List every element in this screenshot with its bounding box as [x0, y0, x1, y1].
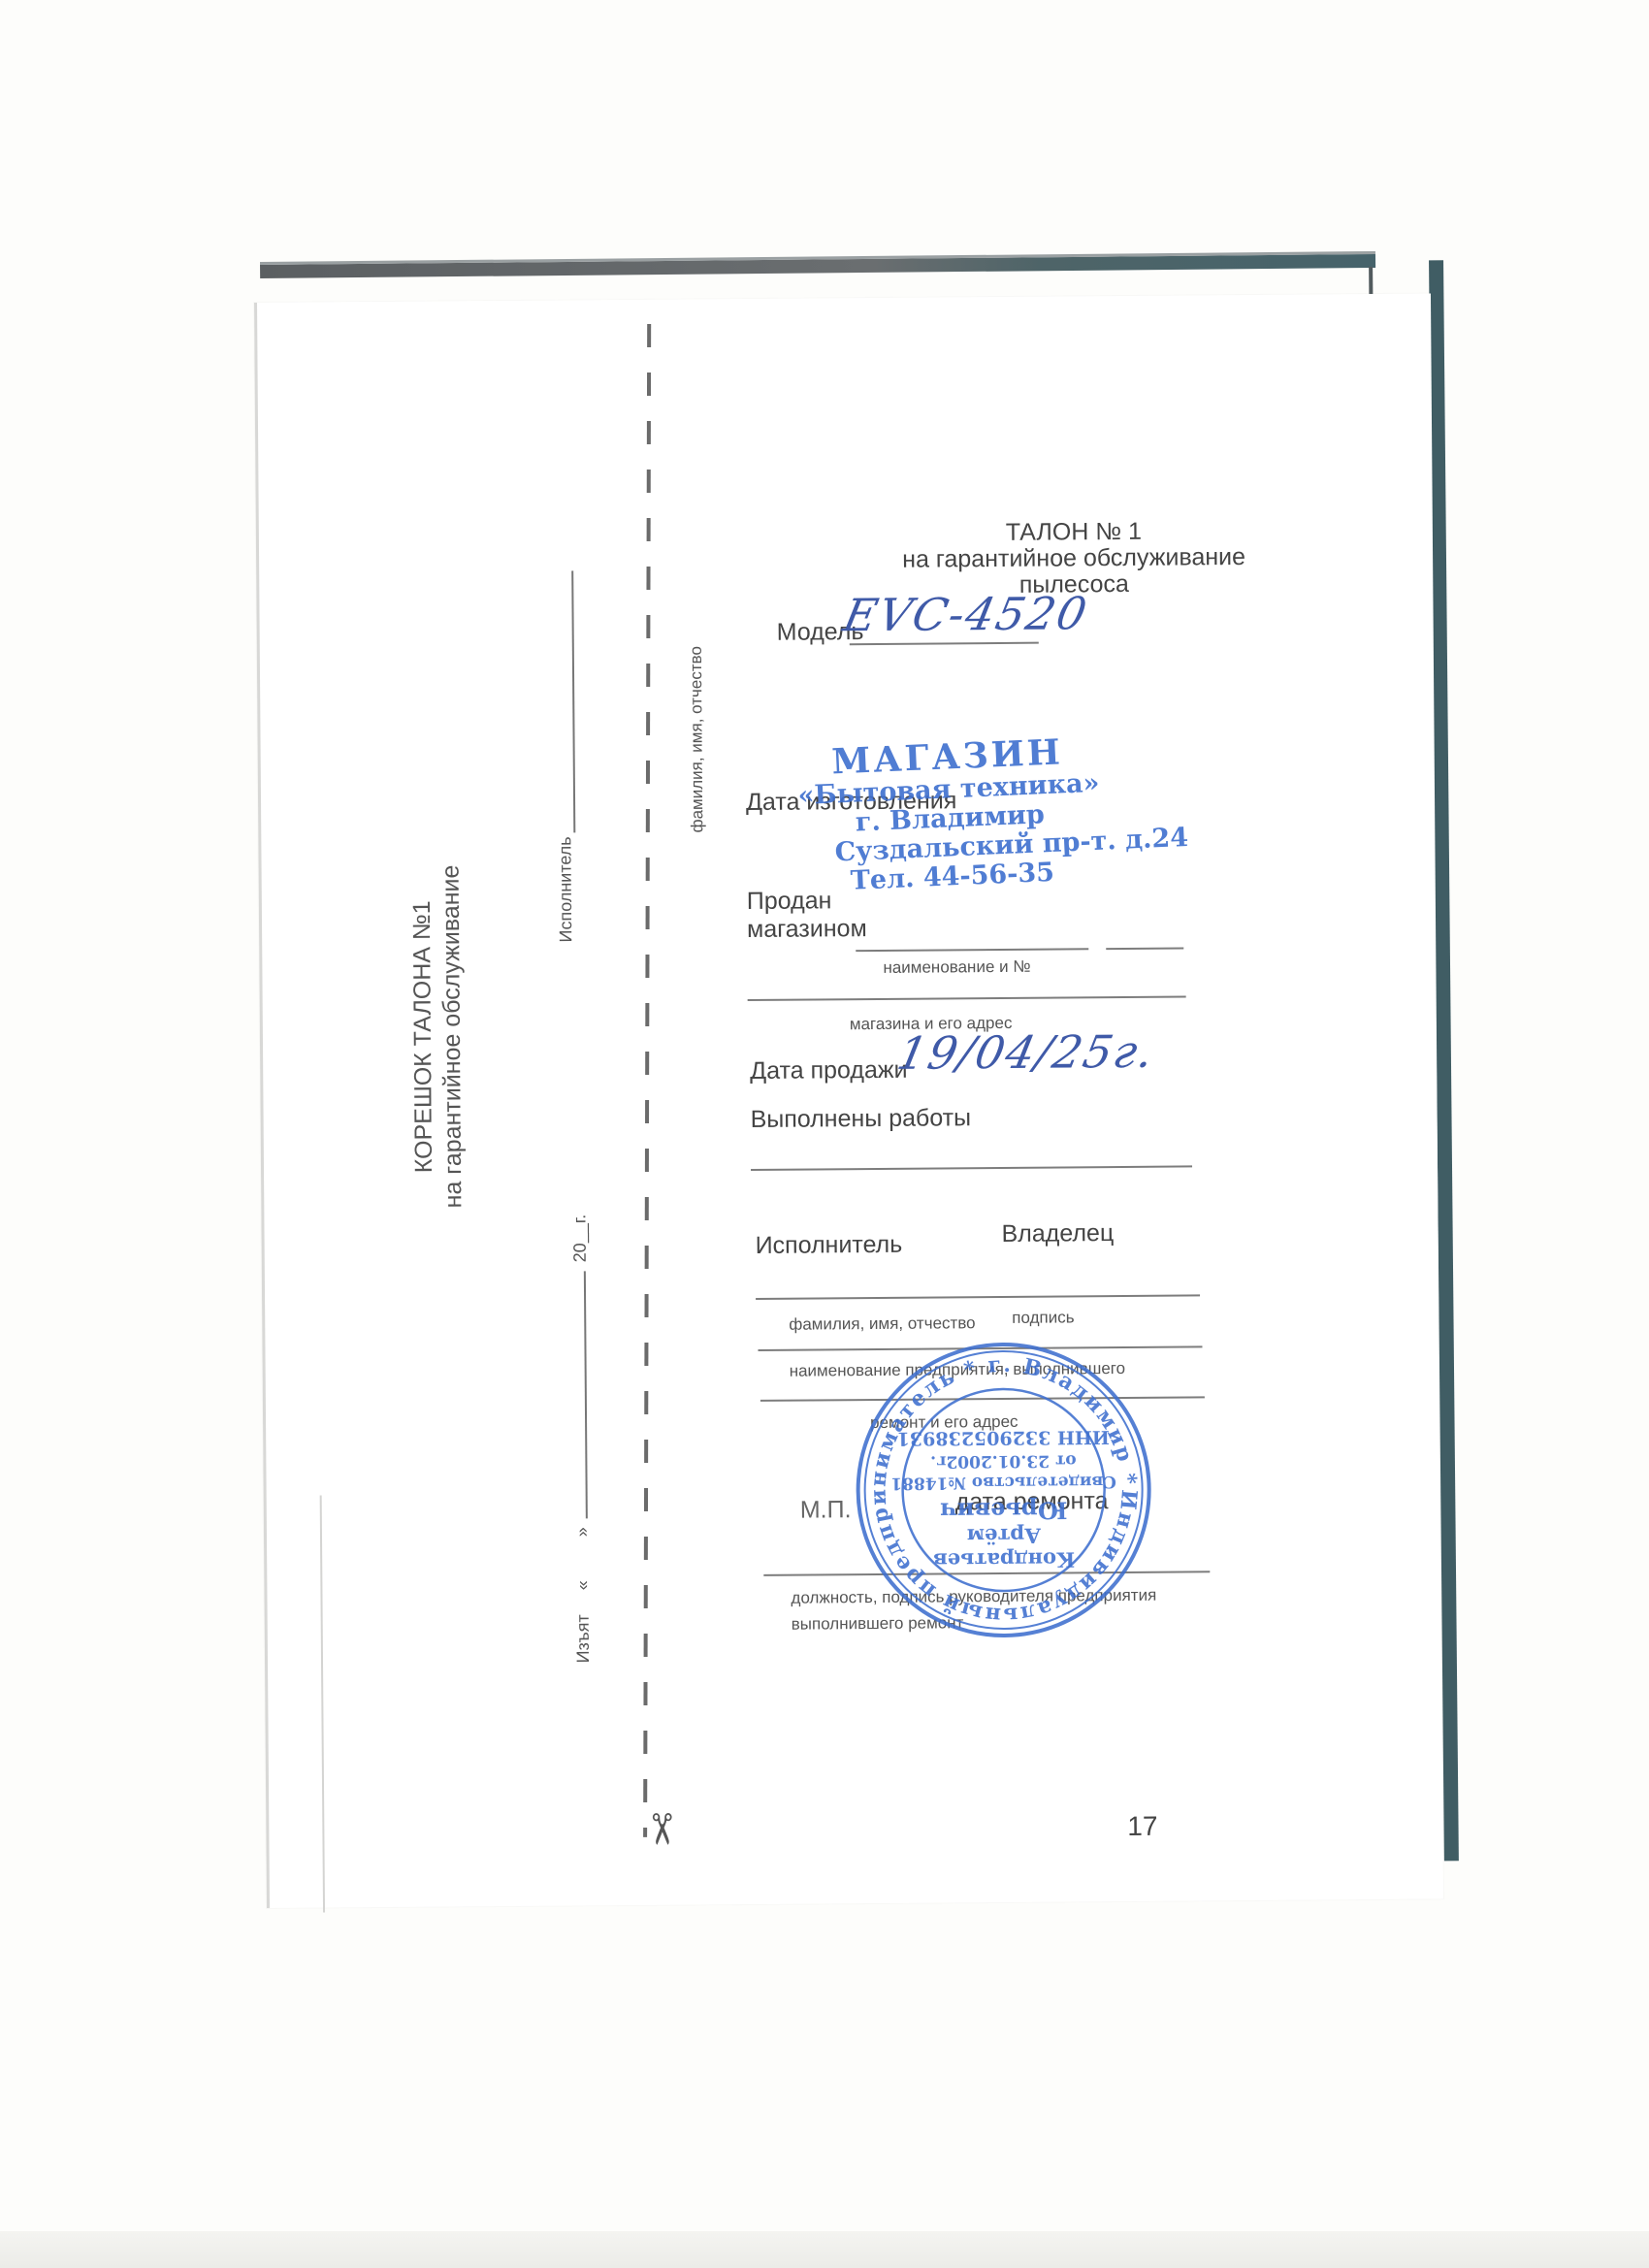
- model-underline: [850, 642, 1039, 646]
- stub-title-line2: на гарантийное обслуживание: [436, 865, 469, 1209]
- round-stamp-line3: Юрьевич: [940, 1496, 1068, 1525]
- store-number-underline: [1106, 947, 1183, 950]
- stub-executor-label: Исполнитель: [555, 836, 576, 942]
- coupon-stub: КОРЕШОК ТАЛОНА №1 на гарантийное обслужи…: [257, 300, 658, 1903]
- scanner-bed-edge: [0, 2231, 1649, 2268]
- name-caption: фамилия, имя, отчество: [789, 1313, 975, 1335]
- stub-executor-blank[interactable]: [571, 570, 575, 832]
- round-stamp-line2: Артём: [967, 1524, 1042, 1549]
- stub-removed-label: Изъят: [573, 1614, 593, 1663]
- stub-quote-close: »: [572, 1527, 592, 1537]
- round-stamp-line1: Кондратьев: [933, 1547, 1075, 1572]
- sold-by-label-line2: магазином: [747, 915, 867, 944]
- executor-label: Исполнитель: [756, 1231, 903, 1260]
- work-done-label: Выполнены работы: [751, 1104, 972, 1134]
- stub-year-label: 20__г.: [569, 1215, 589, 1263]
- cover-top-edge: [260, 251, 1375, 278]
- stub-executor-field: Исполнитель: [553, 570, 576, 942]
- sale-date-label: Дата продажи: [750, 1056, 908, 1085]
- store-address-underline: [748, 995, 1186, 1001]
- warranty-page: КОРЕШОК ТАЛОНА №1 на гарантийное обслужи…: [254, 293, 1443, 1907]
- round-stamp-line6: ИНН 332905238931: [897, 1426, 1110, 1449]
- stub-quote-open: «: [572, 1580, 592, 1590]
- coupon-subtitle: на гарантийное обслуживание: [831, 543, 1316, 573]
- round-stamp-line5: от 23.01.2002г.: [930, 1450, 1077, 1471]
- coupon-form: ТАЛОН № 1 на гарантийное обслуживание пы…: [684, 294, 1434, 1900]
- page-number: 17: [1127, 1811, 1157, 1842]
- work-done-underline: [751, 1165, 1192, 1171]
- stub-removed-blank[interactable]: [584, 1271, 588, 1518]
- scissors-icon: ✂: [639, 1811, 682, 1847]
- sale-date-value[interactable]: 19/04/25г.: [893, 1025, 1161, 1080]
- seal-label: М.П.: [800, 1496, 852, 1524]
- round-seal-stamp: Индивидуальный предприниматель * г. Влад…: [852, 1339, 1154, 1641]
- stub-title-line1: КОРЕШОК ТАЛОНА №1: [407, 865, 439, 1209]
- executor-underline: [756, 1294, 1200, 1300]
- round-stamp-line4: Свидетельство №14881: [890, 1472, 1116, 1493]
- model-value[interactable]: EVC-4520: [839, 587, 1093, 641]
- signature-caption: подпись: [1012, 1308, 1074, 1328]
- store-name-caption: наименование и №: [883, 957, 1030, 978]
- owner-label: Владелец: [1001, 1219, 1114, 1248]
- store-name-underline: [856, 948, 1088, 952]
- stub-title: КОРЕШОК ТАЛОНА №1 на гарантийное обслужи…: [407, 865, 469, 1209]
- stub-removed-field: Изъят « » 20__г.: [569, 1215, 594, 1664]
- store-stamp: МАГАЗИН «Бытовая техника» г. Владимир Су…: [792, 732, 1108, 899]
